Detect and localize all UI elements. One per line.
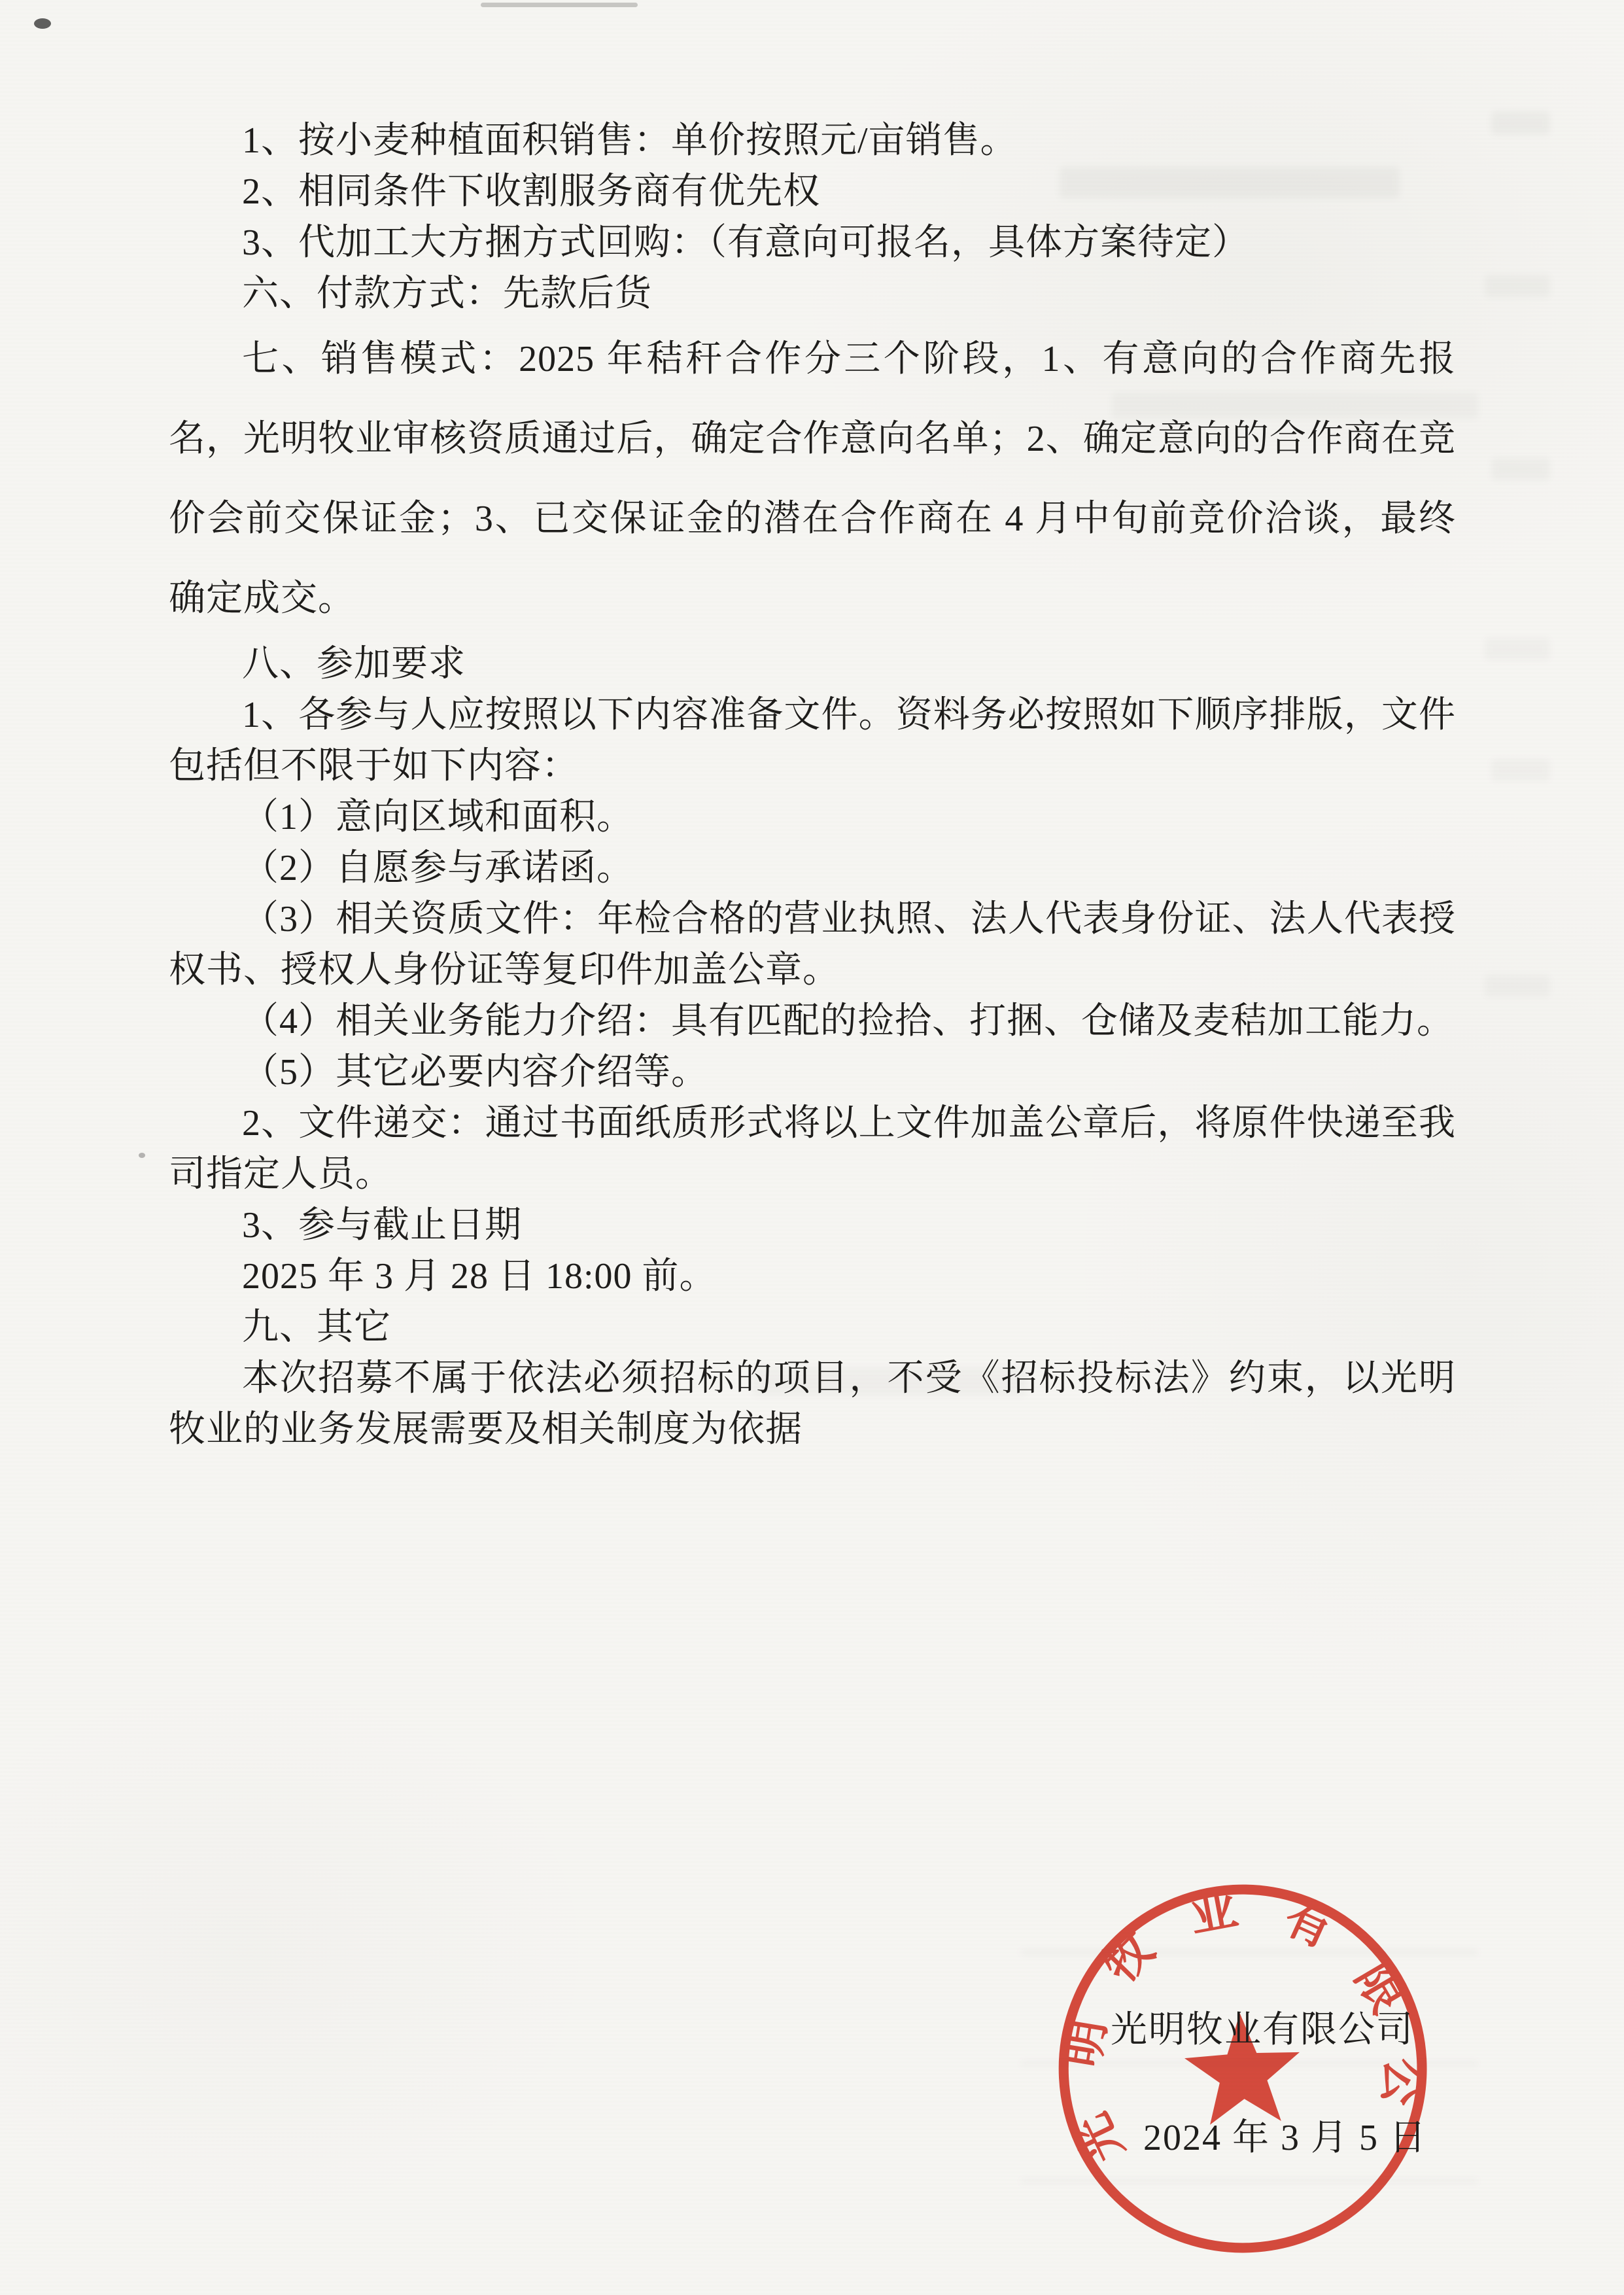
bleed-through-artifact bbox=[1485, 638, 1550, 660]
company-stamp: 光明牧业有限公司 bbox=[1042, 1865, 1443, 2269]
bleed-through-artifact bbox=[1485, 275, 1550, 297]
bleed-through-artifact bbox=[1485, 975, 1550, 997]
requirement-1: （1）意向区域和面积。 bbox=[169, 792, 1456, 843]
other-note: 本次招募不属于依法必须招标的项目，不受《招标投标法》约束，以光明牧业的业务发展需… bbox=[169, 1353, 1456, 1455]
requirement-4: （4）相关业务能力介绍：具有匹配的捡拾、打捆、仓储及麦秸加工能力。 bbox=[169, 996, 1456, 1047]
signature-date: 2024 年 3 月 5 日 bbox=[1143, 2112, 1427, 2164]
section-payment: 六、付款方式：先款后货 bbox=[169, 268, 1456, 319]
section-participation: 八、参加要求 bbox=[169, 639, 1456, 690]
bleed-through-artifact bbox=[1491, 458, 1550, 480]
requirement-2: （2）自愿参与承诺函。 bbox=[169, 843, 1456, 894]
section-sales-model: 七、销售模式：2025 年秸秆合作分三个阶段，1、有意向的合作商先报名，光明牧业… bbox=[169, 319, 1456, 639]
scan-speck bbox=[139, 1153, 145, 1158]
scan-speck bbox=[481, 3, 638, 7]
document-text: 1、按小麦种植面积销售：单价按照元/亩销售。 2、相同条件下收割服务商有优先权 … bbox=[169, 115, 1456, 1455]
signature-company: 光明牧业有限公司 bbox=[1111, 2005, 1414, 2056]
bleed-through-artifact bbox=[1491, 111, 1550, 135]
document-submission: 2、文件递交：通过书面纸质形式将以上文件加盖公章后，将原件快递至我司指定人员。 bbox=[169, 1098, 1456, 1200]
section-other: 九、其它 bbox=[169, 1302, 1456, 1353]
clause-2: 2、相同条件下收割服务商有优先权 bbox=[169, 166, 1456, 217]
scanned-document-page: { "colors": { "paper": "#f6f5f2", "ink":… bbox=[0, 0, 1624, 2295]
bleed-through-artifact bbox=[1491, 759, 1550, 781]
deadline-date: 2025 年 3 月 28 日 18:00 前。 bbox=[169, 1251, 1456, 1302]
requirement-3: （3）相关资质文件：年检合格的营业执照、法人代表身份证、法人代表授权书、授权人身… bbox=[169, 894, 1456, 996]
requirement-5: （5）其它必要内容介绍等。 bbox=[169, 1047, 1456, 1098]
deadline-heading: 3、参与截止日期 bbox=[169, 1200, 1456, 1251]
clause-3: 3、代加工大方捆方式回购：（有意向可报名，具体方案待定） bbox=[169, 217, 1456, 268]
clause-1: 1、按小麦种植面积销售：单价按照元/亩销售。 bbox=[169, 115, 1456, 166]
scan-speck bbox=[34, 18, 51, 29]
participation-intro: 1、各参与人应按照以下内容准备文件。资料务必按照如下顺序排版，文件包括但不限于如… bbox=[169, 690, 1456, 792]
